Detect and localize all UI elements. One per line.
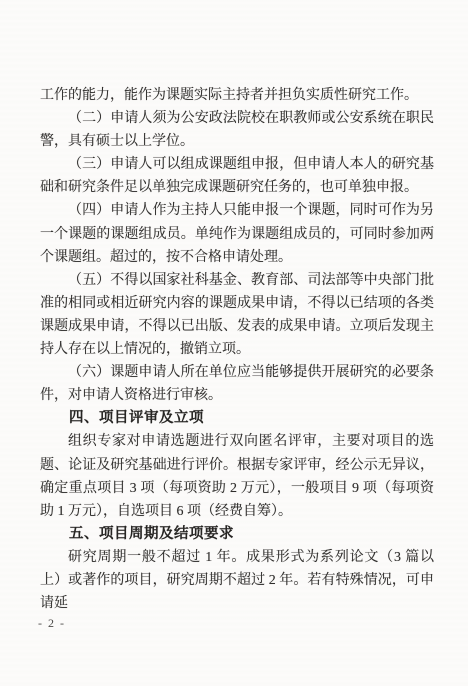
paragraph: （五）不得以国家社科基金、教育部、司法部等中央部门批准的相同或相近研究内容的课题… xyxy=(40,269,434,361)
paragraph: 组织专家对申请选题进行双向匿名评审，主要对项目的选题、论证及研究基础进行评价。根… xyxy=(40,430,434,522)
section-heading: 五、项目周期及结项要求 xyxy=(40,523,434,546)
paragraph: （三）申请人可以组成课题组申报，但申请人本人的研究基础和研究条件足以单独完成课题… xyxy=(40,153,434,199)
page-number: - 2 - xyxy=(38,615,66,631)
document-body: 工作的能力，能作为课题实际主持者并担负实质性研究工作。（二）申请人须为公安政法院… xyxy=(40,84,434,615)
paragraph: （二）申请人须为公安政法院校在职教师或公安系统在职民警，具有硕士以上学位。 xyxy=(40,107,434,153)
paragraph: 研究周期一般不超过 1 年。成果形式为系列论文（3 篇以上）或著作的项目，研究周… xyxy=(40,546,434,615)
paragraph: （六）课题申请人所在单位应当能够提供开展研究的必要条件，对申请人资格进行审核。 xyxy=(40,361,434,407)
document-page: 工作的能力，能作为课题实际主持者并担负实质性研究工作。（二）申请人须为公安政法院… xyxy=(0,0,468,686)
paragraph: （四）申请人作为主持人只能申报一个课题，同时可作为另一个课题的课题组成员。单纯作… xyxy=(40,199,434,268)
section-heading: 四、项目评审及立项 xyxy=(40,407,434,430)
paragraph: 工作的能力，能作为课题实际主持者并担负实质性研究工作。 xyxy=(40,84,434,107)
